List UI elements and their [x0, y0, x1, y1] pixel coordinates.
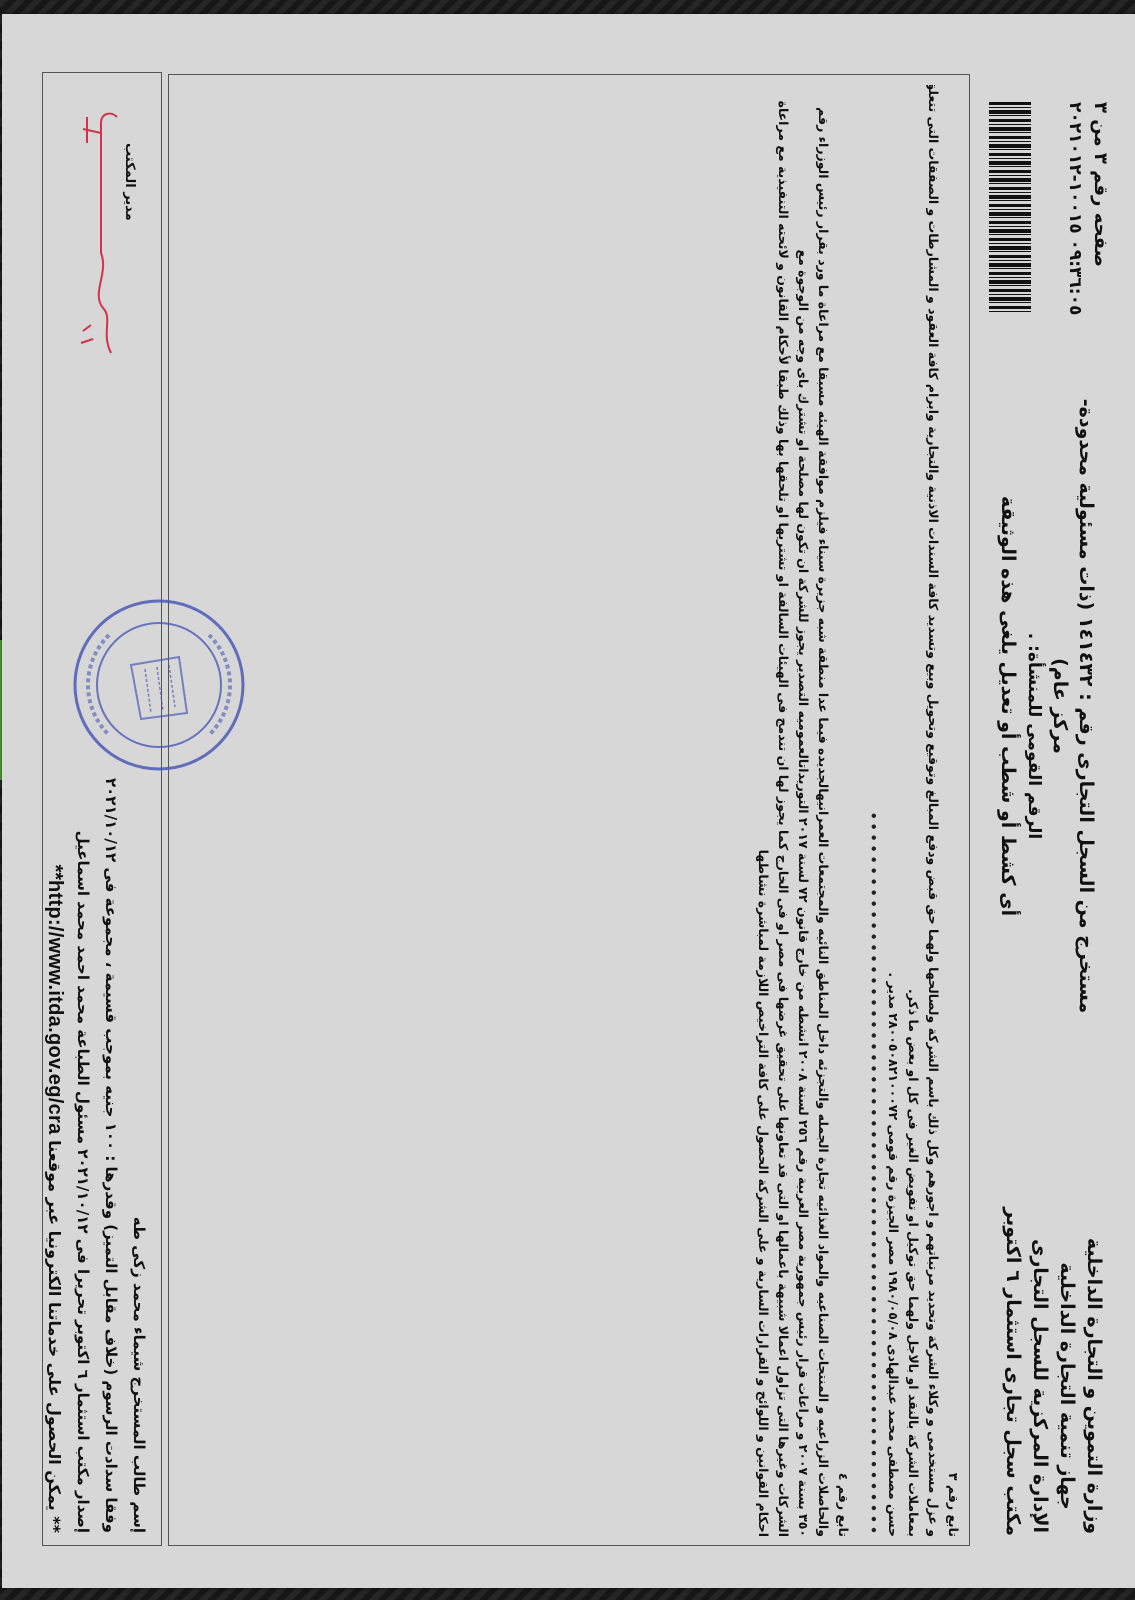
body-line: و عزل مستخدمى و وكلاء الشركة وتحديد مرتب… — [923, 85, 943, 1537]
print-timestamp: ٢٠٢١٠١٢-١٠٠١٥ ٠٩:٣٦:٠٥ — [1065, 102, 1085, 315]
footer-box: إسم طالب المستخرج شيماء محمد زكى طه وفقا… — [42, 72, 162, 1546]
title-national-number: الرقم القومى للمنشأة: . — [1021, 396, 1047, 1016]
document-body: تابع رقم ٣ و عزل مستخدمى و وكلاء الشركة … — [753, 85, 963, 1537]
document-page: وزارة التموين و التجارة الداخلية جهاز تن… — [2, 14, 1135, 1588]
document-title: مستخرج من السجل التجارى رقم : ١٤١٤٣٢ (ذا… — [995, 396, 1099, 1016]
requester-name: إسم طالب المستخرج شيماء محمد زكى طه — [125, 778, 153, 1533]
body-line: الشركات وغيرها التى تزاول اعمالا شبيهة ب… — [773, 85, 793, 1537]
page-number: صفحه رقم ٣ من ٣ — [1090, 102, 1111, 267]
signature-icon — [71, 103, 131, 363]
issuing-office: إصدار مكتب استثمار ٦ اكتوبر تحريرا فى ٢٠… — [69, 778, 97, 1533]
document-header: وزارة التموين و التجارة الداخلية جهاز تن… — [963, 72, 1113, 1536]
body-line: بمعاملات الشركة بالنقد او بالاجل ولهما ح… — [903, 85, 923, 1537]
section-title: تابع رقم ٤ — [833, 85, 853, 1537]
section-title: تابع رقم ٣ — [943, 85, 963, 1537]
body-line: احكام القوانين و اللوائح و القرارات السا… — [753, 85, 773, 1537]
body-line: ٣٥٠ بسنة ٢٠٠٧ و مراعات قرار رئيس جمهورية… — [793, 85, 813, 1537]
barcode-icon — [989, 102, 1031, 312]
title-warning: أى كشط أو شطب أو تعديل يلغى هذه الوثيقة — [995, 396, 1021, 1016]
issuing-authority: وزارة التموين و التجارة الداخلية جهاز تن… — [999, 1236, 1107, 1536]
body-line: والحاصلات الزراعيه و المنتجات الصناعيه و… — [813, 85, 833, 1537]
ministry-line: جهاز تنمية التجارة الداخلية — [1053, 1236, 1080, 1536]
main-content-box: تابع رقم ٣ و عزل مستخدمى و وكلاء الشركة … — [168, 74, 970, 1546]
ministry-line: مكتب سجل تجارى استثمار ٦ اكتوبر — [999, 1236, 1026, 1536]
online-note-text: ** يمكن الحصول على خدماتنا الكترونيا عبر… — [45, 1140, 64, 1533]
body-line: حسن مصطفى محمد عبدالهادى ١٩٨٠/٠٥/٠٨ مصر … — [883, 85, 903, 1537]
ministry-line: وزارة التموين و التجارة الداخلية — [1080, 1236, 1107, 1536]
website-link[interactable]: **http://www.itda.gov.eg/cra — [44, 864, 66, 1134]
barcode-area: صفحه رقم ٣ من ٣ ٢٠٢١٠١٢-١٠٠١٥ ٠٩:٣٦:٠٥ — [963, 72, 1113, 392]
title-registry-number: مستخرج من السجل التجارى رقم : ١٤١٤٣٢ (ذا… — [1047, 396, 1099, 1016]
fees-paid: وفقا سدادت الرسوم (خلاف مقابل التميز) وق… — [97, 778, 125, 1533]
online-services-note: ** يمكن الحصول على خدماتنا الكترونيا عبر… — [40, 778, 69, 1533]
ministry-line: الإدارة المركزية للسجل التجارى — [1026, 1236, 1053, 1536]
dotted-separator: ••••••••••••••••••••••••••••••••••••••••… — [863, 85, 883, 1537]
rotated-page-content: وزارة التموين و التجارة الداخلية جهاز تن… — [2, 32, 1135, 1572]
footer-details: إسم طالب المستخرج شيماء محمد زكى طه وفقا… — [40, 778, 153, 1533]
